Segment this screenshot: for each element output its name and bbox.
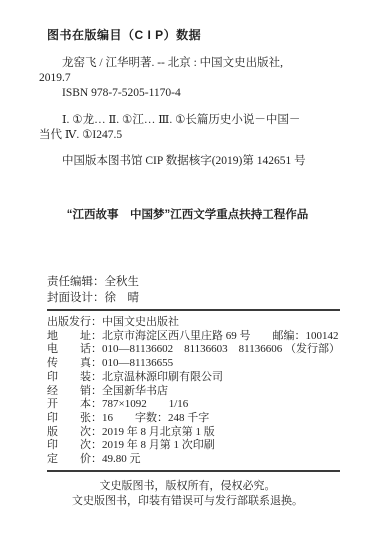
cover-designer-line: 封面设计：徐 晴: [47, 290, 139, 306]
copyright-notices: 文史版图书，版权所有，侵权必究。 文史版图书，印装有错误可与发行部联系退换。: [0, 479, 375, 509]
cip-title-line: 龙窑飞 / 江华明著. -- 北京 : 中国文史出版社,: [39, 56, 347, 71]
pub-row-address: 地 址：北京市海淀区西八里庄路 69 号 邮编：100142: [47, 330, 355, 344]
cip-classification-line-2: 当代 Ⅳ. ①I247.5: [39, 128, 347, 143]
pub-label: 电 话：: [47, 343, 102, 357]
cip-classification-line-1: Ⅰ. ①龙… Ⅱ. ①江… Ⅲ. ①长篇历史小说－中国－: [39, 113, 347, 128]
pub-row-distribution: 经 销：全国新华书店: [47, 385, 355, 399]
cip-isbn-line: ISBN 978-7-5205-1170-4: [39, 86, 347, 101]
pub-label: 地 址：: [47, 330, 102, 344]
pub-value: 787×1092 1/16: [102, 398, 188, 410]
cip-header: 图书在版编目（C I P）数据: [47, 28, 347, 43]
pub-value: 010—81136602 81136603 81136606 （发行部）: [102, 343, 340, 355]
pub-value: 北京市海淀区西八里庄路 69 号 邮编：100142: [102, 330, 339, 342]
pub-value: 全国新华书店: [102, 385, 168, 397]
pub-row-format: 开 本：787×1092 1/16: [47, 398, 355, 412]
pub-value: 2019 年 8 月第 1 次印刷: [102, 439, 215, 451]
pub-row-publisher: 出版发行：中国文史出版社: [47, 316, 355, 330]
pub-value: 010—81136655: [102, 357, 173, 369]
pub-row-edition: 版 次：2019 年 8 月北京第 1 版: [47, 426, 355, 440]
divider-rule-bottom: [47, 470, 340, 472]
pub-label: 经 销：: [47, 385, 102, 399]
pub-label: 传 真：: [47, 357, 102, 371]
pub-value: 中国文史出版社: [102, 316, 179, 328]
editors-block: 责任编辑：全秋生 封面设计：徐 晴: [47, 274, 139, 306]
pub-value: 16 字数：248 千字: [102, 412, 209, 424]
pub-value: 49.80 元: [102, 453, 141, 465]
pub-label: 印 装：: [47, 371, 102, 385]
pub-label: 开 本：: [47, 398, 102, 412]
pub-row-sheets: 印 张：16 字数：248 千字: [47, 412, 355, 426]
cip-data-block: 图书在版编目（C I P）数据 龙窑飞 / 江华明著. -- 北京 : 中国文史…: [39, 28, 347, 169]
award-line: “江西故事 中国梦”江西文学重点扶持工程作品: [0, 206, 375, 222]
pub-label: 印 张：: [47, 412, 102, 426]
pub-row-price: 定 价：49.80 元: [47, 453, 355, 467]
pub-label: 定 价：: [47, 453, 102, 467]
returns-notice-line: 文史版图书，印装有错误可与发行部联系退换。: [0, 494, 375, 509]
pub-label: 版 次：: [47, 426, 102, 440]
copyright-notice-line: 文史版图书，版权所有，侵权必究。: [0, 479, 375, 494]
pub-row-printing: 印 装：北京温林源印刷有限公司: [47, 371, 355, 385]
responsible-editor-line: 责任编辑：全秋生: [47, 274, 139, 290]
cip-registry-line: 中国版本图书馆 CIP 数据核字(2019)第 142651 号: [39, 154, 347, 169]
pub-label: 印 次：: [47, 439, 102, 453]
publication-info-block: 出版发行：中国文史出版社 地 址：北京市海淀区西八里庄路 69 号 邮编：100…: [47, 316, 355, 467]
pub-row-fax: 传 真：010—81136655: [47, 357, 355, 371]
pub-value: 2019 年 8 月北京第 1 版: [102, 426, 215, 438]
cip-year-line: 2019.7: [39, 71, 347, 86]
pub-row-phone: 电 话：010—81136602 81136603 81136606 （发行部）: [47, 343, 355, 357]
divider-rule-top: [47, 309, 340, 311]
pub-label: 出版发行：: [47, 316, 102, 330]
pub-row-impression: 印 次：2019 年 8 月第 1 次印刷: [47, 439, 355, 453]
pub-value: 北京温林源印刷有限公司: [102, 371, 223, 383]
book-copyright-page: 图书在版编目（C I P）数据 龙窑飞 / 江华明著. -- 北京 : 中国文史…: [0, 0, 375, 540]
